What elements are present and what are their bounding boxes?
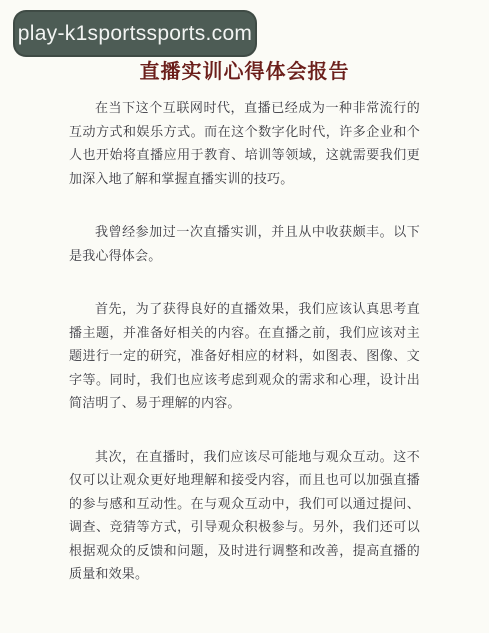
site-url-label: play-k1sportssports.com xyxy=(18,22,252,46)
webpage: play-k1sportssports.com 直播实训心得体会报告 在当下这个… xyxy=(0,0,489,633)
site-url-badge[interactable]: play-k1sportssports.com xyxy=(13,10,257,57)
paragraph: 首先，为了获得良好的直播效果，我们应该认真思考直播主题，并准备好相关的内容。在直… xyxy=(69,297,420,415)
paragraph: 其次，在直播时，我们应该尽可能地与观众互动。这不仅可以让观众更好地理解和接受内容… xyxy=(69,445,420,586)
article: 直播实训心得体会报告 在当下这个互联网时代，直播已经成为一种非常流行的互动方式和… xyxy=(0,0,489,586)
paragraph-list: 在当下这个互联网时代，直播已经成为一种非常流行的互动方式和娱乐方式。而在这个数字… xyxy=(69,96,420,586)
paragraph: 我曾经参加过一次直播实训，并且从中收获颇丰。以下是我心得体会。 xyxy=(69,220,420,267)
paragraph: 在当下这个互联网时代，直播已经成为一种非常流行的互动方式和娱乐方式。而在这个数字… xyxy=(69,96,420,190)
